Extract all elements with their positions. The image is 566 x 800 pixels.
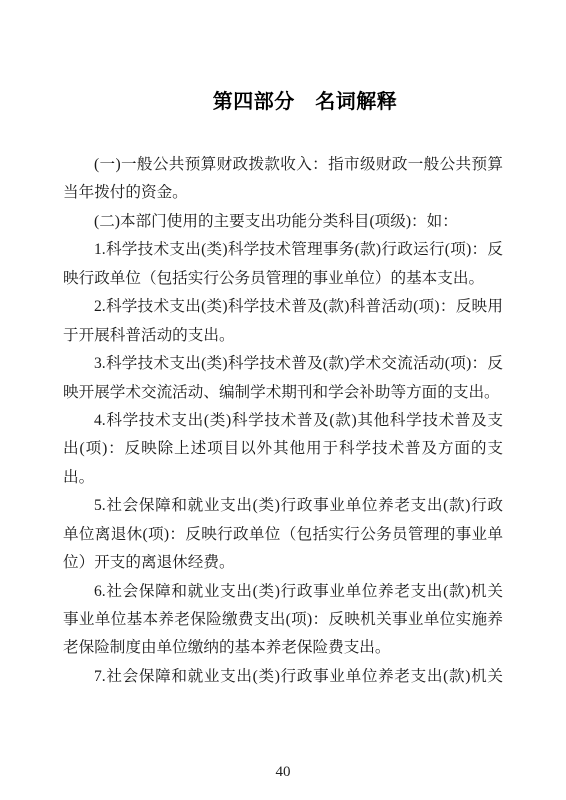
document-page: 第四部分 名词解释 (一)一般公共预算财政拨款收入：指市级财政一般公共预算当年拨… — [0, 0, 566, 800]
text-line: 6.社会保障和就业支出(类)行政事业单位养老支出(款)机关 — [63, 578, 503, 606]
text-line: 事业单位基本养老保险缴费支出(项)：反映机关事业单位实施养 — [63, 606, 503, 634]
text-line: 7.社会保障和就业支出(类)行政事业单位养老支出(款)机关 — [63, 663, 503, 691]
text-line: 映行政单位（包括实行公务员管理的事业单位）的基本支出。 — [63, 265, 503, 293]
text-line: 5.社会保障和就业支出(类)行政事业单位养老支出(款)行政 — [63, 492, 503, 520]
text-line: (二)本部门使用的主要支出功能分类科目(项级)：如： — [63, 208, 503, 236]
text-line: 于开展科普活动的支出。 — [63, 322, 503, 350]
text-line: 老保险制度由单位缴纳的基本养老保险费支出。 — [63, 634, 503, 662]
text-line: 2.科学技术支出(类)科学技术普及(款)科普活动(项)：反映用 — [63, 293, 503, 321]
section-title: 第四部分 名词解释 — [0, 89, 566, 115]
text-line: 映开展学术交流活动、编制学术期刊和学会补助等方面的支出。 — [63, 379, 503, 407]
document-body: (一)一般公共预算财政拨款收入：指市级财政一般公共预算当年拨付的资金。(二)本部… — [63, 151, 503, 691]
text-line: 4.科学技术支出(类)科学技术普及(款)其他科学技术普及支 — [63, 407, 503, 435]
text-line: 当年拨付的资金。 — [63, 179, 503, 207]
text-line: 位）开支的离退休经费。 — [63, 549, 503, 577]
text-line: (一)一般公共预算财政拨款收入：指市级财政一般公共预算 — [63, 151, 503, 179]
text-line: 单位离退休(项)：反映行政单位（包括实行公务员管理的事业单 — [63, 521, 503, 549]
text-line: 3.科学技术支出(类)科学技术普及(款)学术交流活动(项)：反 — [63, 350, 503, 378]
text-line: 1.科学技术支出(类)科学技术管理事务(款)行政运行(项)：反 — [63, 236, 503, 264]
text-line: 出。 — [63, 464, 503, 492]
page-number: 40 — [0, 763, 566, 781]
text-line: 出(项)：反映除上述项目以外其他用于科学技术普及方面的支 — [63, 435, 503, 463]
